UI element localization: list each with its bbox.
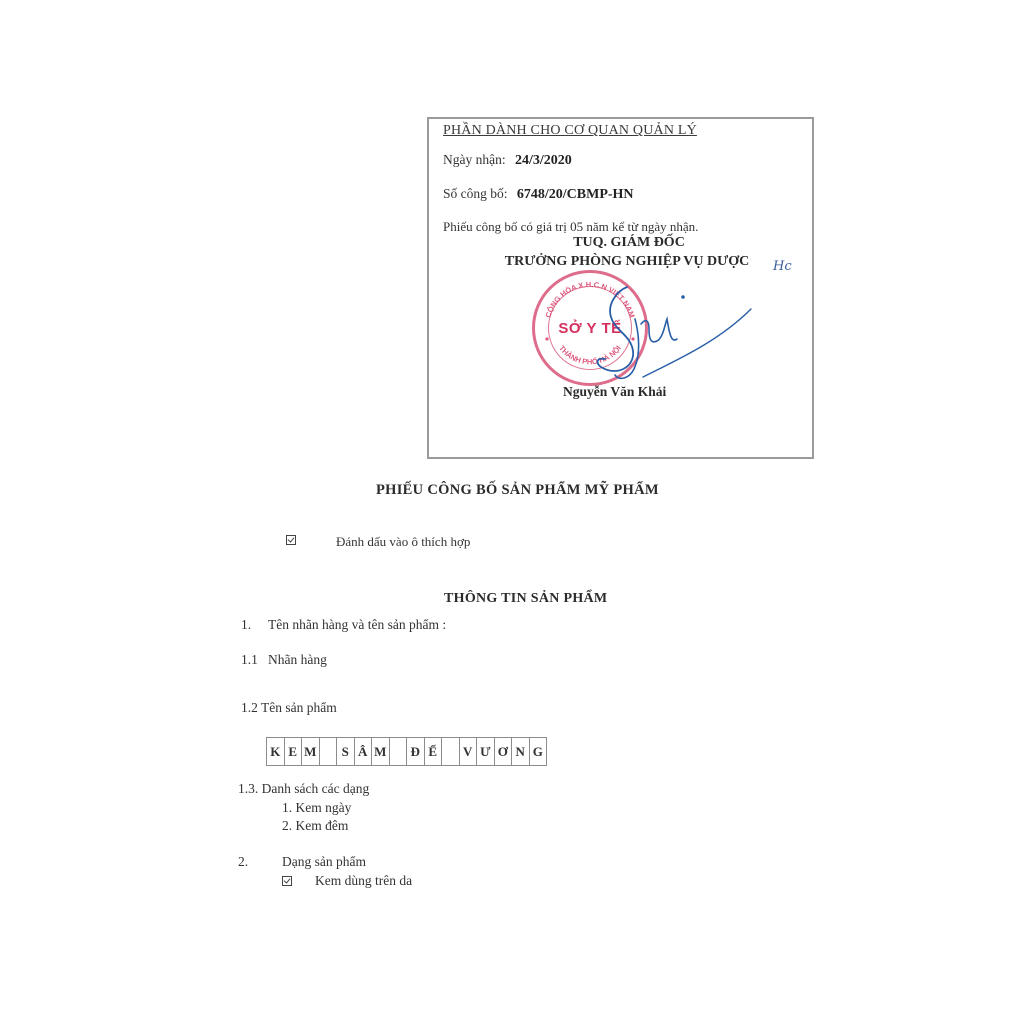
authority-section-box: PHẦN DÀNH CHO CƠ QUAN QUẢN LÝ Ngày nhận:… bbox=[427, 117, 814, 459]
item1-2-product-name-label: 1.2 Tên sản phẩm bbox=[241, 700, 337, 716]
checked-checkbox-icon[interactable] bbox=[282, 876, 292, 886]
name-cell: Đ bbox=[407, 738, 425, 765]
name-cell: E bbox=[285, 738, 303, 765]
instruction-text: Đánh dấu vào ô thích hợp bbox=[336, 534, 470, 550]
item2-number: 2. bbox=[238, 854, 248, 870]
variant-item: 2. Kem đêm bbox=[282, 818, 348, 834]
item1-1-brand-label: 1.1 Nhãn hàng bbox=[241, 652, 327, 668]
name-cell bbox=[390, 738, 408, 765]
name-cell: M bbox=[302, 738, 320, 765]
item2-label: Dạng sản phẩm bbox=[282, 854, 366, 870]
item1-3-variants-label: 1.3. Danh sách các dạng bbox=[238, 781, 369, 797]
name-cell bbox=[320, 738, 338, 765]
checked-checkbox-icon[interactable] bbox=[286, 535, 296, 545]
item1-number: 1. bbox=[241, 617, 251, 633]
name-cell: Â bbox=[355, 738, 373, 765]
name-cell: Ế bbox=[425, 738, 443, 765]
name-cell: N bbox=[512, 738, 530, 765]
product-form-value: Kem dùng trên da bbox=[315, 873, 412, 889]
name-cell: S bbox=[337, 738, 355, 765]
name-cell bbox=[442, 738, 460, 765]
item1-label: Tên nhãn hàng và tên sản phẩm : bbox=[268, 617, 446, 633]
document-title: PHIẾU CÔNG BỐ SẢN PHẨM MỸ PHẨM bbox=[376, 482, 659, 499]
name-cell: Ư bbox=[477, 738, 495, 765]
variant-item: 1. Kem ngày bbox=[282, 800, 351, 816]
signer-name: Nguyễn Văn Khải bbox=[563, 384, 666, 400]
name-cell: M bbox=[372, 738, 390, 765]
name-cell: V bbox=[460, 738, 478, 765]
section-title: THÔNG TIN SẢN PHẨM bbox=[444, 591, 607, 607]
name-cell: Ơ bbox=[495, 738, 513, 765]
name-cell: K bbox=[267, 738, 285, 765]
signature-icon bbox=[429, 119, 816, 461]
product-name-cells: K E M S Â M Đ Ế V Ư Ơ N G bbox=[266, 737, 547, 766]
name-cell: G bbox=[530, 738, 548, 765]
